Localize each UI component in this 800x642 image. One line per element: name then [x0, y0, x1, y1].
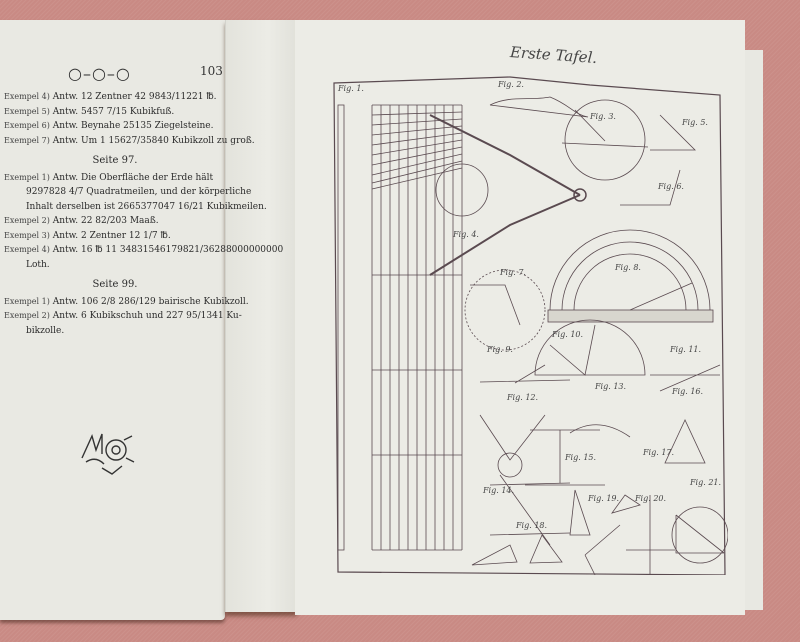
fig14-label: Fig. 14. — [483, 486, 514, 495]
fig20-label: Fig. 20. — [635, 494, 666, 503]
answer-line: Exempel 4) Antw. 16 ℔ 11 34831546179821/… — [4, 243, 226, 258]
answer-line: Exempel 2) Antw. 6 Kubikschuh und 227 95… — [4, 309, 226, 324]
fig19-label: Fig. 19. — [588, 494, 619, 503]
fig9-label: Fig. 9. — [487, 345, 513, 354]
answer-line: Exempel 1) Antw. 106 2/8 286/129 bairisc… — [4, 295, 226, 310]
fig13-label: Fig. 13. — [595, 382, 626, 391]
answer-text: Exempel 4) Antw. 12 Zentner 42 9843/1122… — [4, 90, 226, 338]
fig5-label: Fig. 5. — [682, 118, 708, 127]
answer-continuation: Loth. — [4, 258, 226, 273]
fig18-label: Fig. 18. — [516, 521, 547, 530]
fig16-label: Fig. 16. — [672, 387, 703, 396]
fig1-label: Fig. 1. — [338, 84, 364, 93]
answer-continuation: bikzolle. — [4, 324, 226, 339]
floral-vignette-icon — [72, 428, 138, 478]
engraved-plate — [330, 75, 728, 575]
fig6-label: Fig. 6. — [658, 182, 684, 191]
fig1-grid — [372, 105, 462, 550]
answer-line: Exempel 3) Antw. 2 Zentner 12 1/7 ℔. — [4, 229, 226, 244]
section-heading: Seite 97. — [4, 154, 226, 169]
fig3-label: Fig. 3. — [590, 112, 616, 121]
fig8-label: Fig. 8. — [615, 263, 641, 272]
answer-line: Exempel 1) Antw. Die Oberfläche der Erde… — [4, 171, 226, 186]
fig17-label: Fig. 17. — [643, 448, 674, 457]
fig11-label: Fig. 11. — [670, 345, 701, 354]
answer-continuation: 9297828 4/7 Quadratmeilen, und der körpe… — [4, 185, 226, 200]
answer-line: Exempel 6) Antw. Beynahe 25135 Ziegelste… — [4, 119, 226, 134]
fig15-label: Fig. 15. — [565, 453, 596, 462]
answer-line: Exempel 7) Antw. Um 1 15627/35840 Kubikz… — [4, 134, 226, 149]
fig2-label: Fig. 2. — [498, 80, 524, 89]
fig21-label: Fig. 21. — [690, 478, 721, 487]
fig4-label: Fig. 4. — [453, 230, 479, 239]
page-number: 103 — [200, 64, 223, 78]
section-heading: Seite 99. — [4, 278, 226, 293]
fig7-label: Fig. 7. — [500, 268, 526, 277]
fig12-label: Fig. 12. — [507, 393, 538, 402]
page-ornament: ○–○–○ — [68, 64, 131, 83]
answer-line: Exempel 2) Antw. 22 82/203 Maaß. — [4, 214, 226, 229]
answer-line: Exempel 5) Antw. 5457 7/15 Kubikfuß. — [4, 105, 226, 120]
fig10-label: Fig. 10. — [552, 330, 583, 339]
answer-line: Exempel 4) Antw. 12 Zentner 42 9843/1122… — [4, 90, 226, 105]
answer-continuation: Inhalt derselben ist 2665377047 16/21 Ku… — [4, 200, 226, 215]
